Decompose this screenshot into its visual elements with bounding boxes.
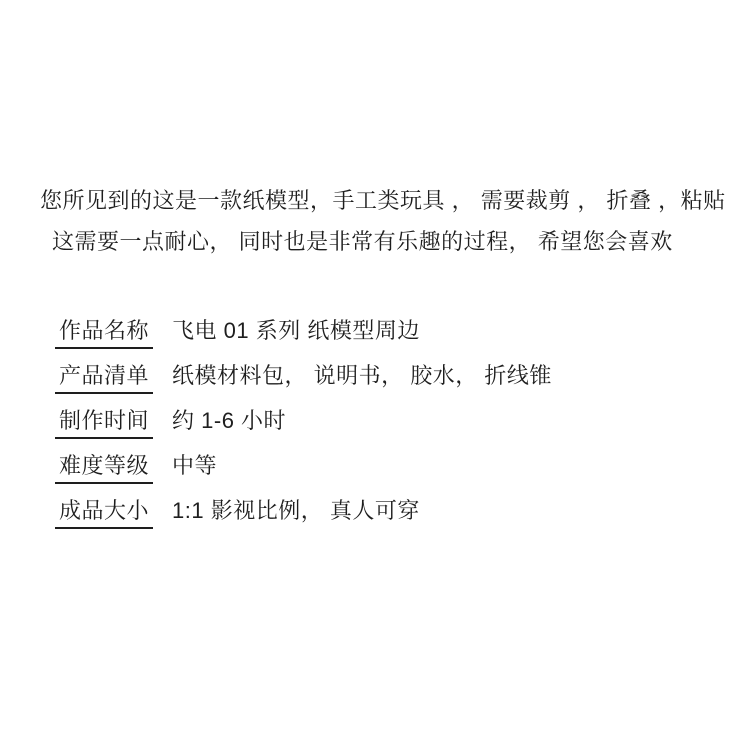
intro-line-1: 您所见到的这是一款纸模型，手工类玩具 ， 需要裁剪 ， 折叠 ，粘贴 <box>40 180 750 221</box>
spec-value-build-time: 约 1-6 小时 <box>172 408 286 434</box>
spec-row-work-name: 作品名称 飞电 01 系列 纸模型周边 <box>55 318 552 349</box>
spec-label-work-name: 作品名称 <box>55 318 153 349</box>
intro-paragraph: 您所见到的这是一款纸模型，手工类玩具 ， 需要裁剪 ， 折叠 ，粘贴 这需要一点… <box>0 180 750 262</box>
spec-row-build-time: 制作时间 约 1-6 小时 <box>55 408 552 439</box>
spec-value-product-list: 纸模材料包， 说明书， 胶水， 折线锥 <box>172 363 552 389</box>
spec-row-product-list: 产品清单 纸模材料包， 说明书， 胶水， 折线锥 <box>55 363 552 394</box>
spec-row-difficulty: 难度等级 中等 <box>55 453 552 484</box>
spec-value-difficulty: 中等 <box>172 453 217 479</box>
spec-label-finished-size: 成品大小 <box>55 498 153 529</box>
spec-value-finished-size: 1:1 影视比例， 真人可穿 <box>172 498 420 524</box>
spec-label-build-time: 制作时间 <box>55 408 153 439</box>
intro-line-2: 这需要一点耐心， 同时也是非常有乐趣的过程， 希望您会喜欢 <box>52 221 750 262</box>
spec-label-product-list: 产品清单 <box>55 363 153 394</box>
product-description-page: 您所见到的这是一款纸模型，手工类玩具 ， 需要裁剪 ， 折叠 ，粘贴 这需要一点… <box>0 0 750 750</box>
spec-list: 作品名称 飞电 01 系列 纸模型周边 产品清单 纸模材料包， 说明书， 胶水，… <box>55 318 552 543</box>
spec-value-work-name: 飞电 01 系列 纸模型周边 <box>172 318 420 344</box>
spec-label-difficulty: 难度等级 <box>55 453 153 484</box>
spec-row-finished-size: 成品大小 1:1 影视比例， 真人可穿 <box>55 498 552 529</box>
